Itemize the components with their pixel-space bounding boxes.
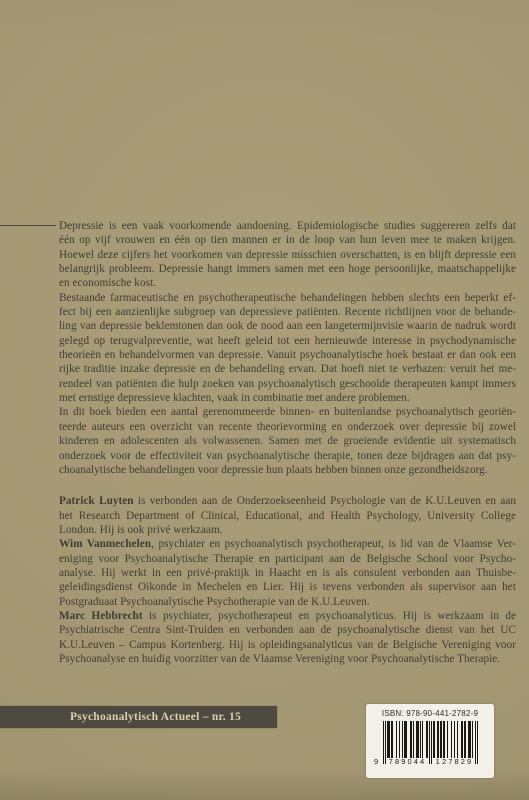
isbn-number: ISBN: 978-90-441-2782-9 (366, 709, 494, 718)
text-line: onderzoek voor de effectiviteit van psyc… (59, 449, 516, 463)
text-line: teerde auteurs een overzicht van recente… (59, 420, 516, 434)
text-line: het Research Department of Clinical, Edu… (59, 509, 516, 523)
text-line: analyse. Hij werkt in een privé-praktijk… (59, 566, 516, 580)
text-line: Wim Vanmechelen, psychiater en psychoana… (59, 537, 516, 551)
blurb-paragraphs: Depressie is een vaak voorkomende aandoe… (59, 219, 516, 477)
intro-rule (0, 225, 56, 226)
paragraph: Bestaande farmaceutische en psychotherap… (59, 291, 516, 406)
series-title: Psychoanalytisch Actueel – nr. 15 (0, 706, 277, 728)
paragraph: In dit boek bieden een aantal gerenommee… (59, 405, 516, 477)
paragraph: Wim Vanmechelen, psychiater en psychoana… (59, 537, 516, 609)
text-line: Hoewel deze cijfers het voorkomen van de… (59, 248, 516, 262)
barcode-digits-right: 127829 (434, 757, 475, 766)
back-cover-text: Depressie is een vaak voorkomende aandoe… (59, 219, 516, 666)
book-back-cover: Depressie is een vaak voorkomende aandoe… (0, 0, 529, 800)
barcode-digit-first: 9 (374, 757, 378, 766)
text-line: Patrick Luyten is verbonden aan de Onder… (59, 494, 516, 508)
text-line: Psychoanalyse en huidig voorzitter van d… (59, 652, 516, 666)
text-line: In dit boek bieden een aantal gerenommee… (59, 405, 516, 419)
text-line: choanalytische behandelingen voor depres… (59, 463, 516, 477)
text-line: gelegd op terugvalpreventie, wat heeft g… (59, 334, 516, 348)
text-line: kinderen en adolescenten als volwassenen… (59, 434, 516, 448)
series-bar: Psychoanalytisch Actueel – nr. 15 (0, 706, 277, 728)
text-line: één op vijf vrouwen en één op tien manne… (59, 233, 516, 247)
author-name: Patrick Luyten (59, 495, 134, 507)
isbn-box: ISBN: 978-90-441-2782-9 9 789044 127829 (366, 704, 494, 778)
text-line: fect bij een aanzienlijke subgroep van d… (59, 305, 516, 319)
text-line: ling van depressie beklemtonen dan ook d… (59, 319, 516, 333)
author-bios: Patrick Luyten is verbonden aan de Onder… (59, 494, 516, 666)
barcode-digits-left: 789044 (387, 757, 428, 766)
text-line: met ernstige depressieve klachten, vaak … (59, 391, 516, 405)
paragraph: Marc Hebbrecht is psychiater, psychother… (59, 609, 516, 666)
text-line: Bestaande farmaceutische en psychotherap… (59, 291, 516, 305)
text-line: rijke traditie inzake depressie en de be… (59, 362, 516, 376)
author-name: Marc Hebbrecht (59, 610, 143, 622)
text-line: theorieën en behandelvormen van depressi… (59, 348, 516, 362)
text-line: en economische kost. (59, 276, 516, 290)
text-line: rendeel van patiënten die hulp zoeken va… (59, 377, 516, 391)
text-line: Psychiatrische Centra Sint-Truiden en ve… (59, 623, 516, 637)
barcode: 9 789044 127829 (383, 721, 478, 771)
text-line: geleidingsdienst Oikonde in Mechelen en … (59, 580, 516, 594)
paragraph: Depressie is een vaak voorkomende aandoe… (59, 219, 516, 291)
text-line: K.U.Leuven – Campus Kortenberg. Hij is o… (59, 638, 516, 652)
paragraph: Patrick Luyten is verbonden aan de Onder… (59, 494, 516, 537)
text-line: Postgraduaat Psychoanalytische Psychothe… (59, 595, 516, 609)
text-line: Depressie is een vaak voorkomende aandoe… (59, 219, 516, 233)
text-line: belangrijk probleem. Depressie hangt imm… (59, 262, 516, 276)
text-line: Marc Hebbrecht is psychiater, psychother… (59, 609, 516, 623)
text-line: eniging voor Psychoanalytische Therapie … (59, 552, 516, 566)
author-name: Wim Vanmechelen (59, 538, 151, 550)
text-line: London. Hij is ook privé werkzaam. (59, 523, 516, 537)
